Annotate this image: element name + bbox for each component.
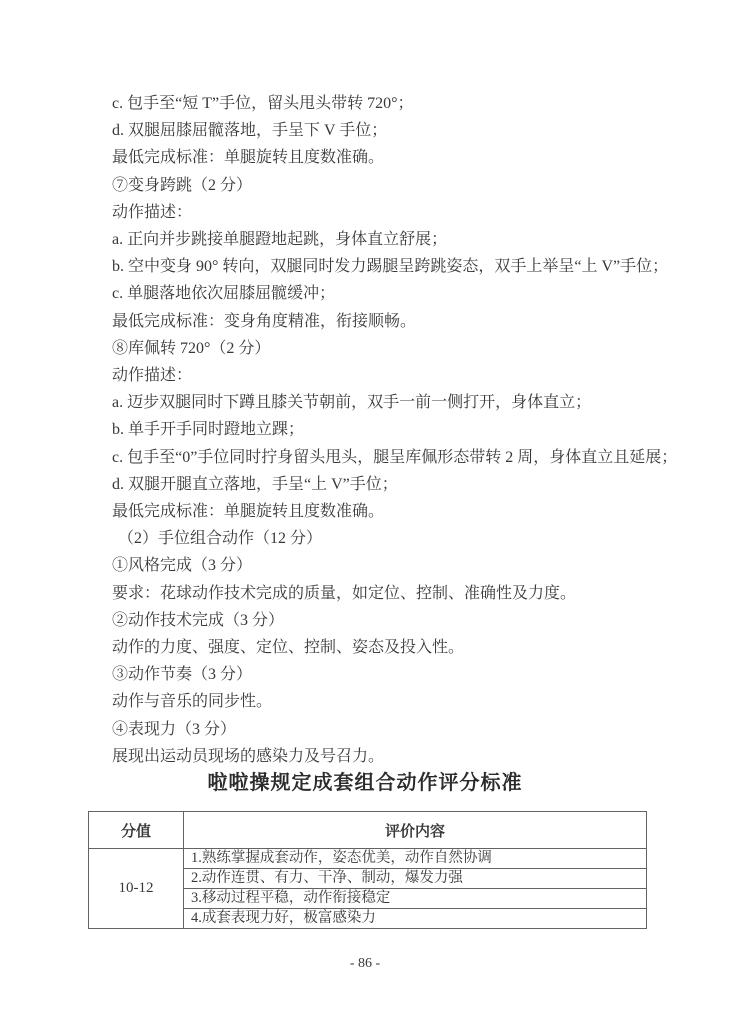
paragraph-line: 动作的力度、强度、定位、控制、姿态及投入性。 [112, 634, 670, 661]
paragraph-line: 动作与音乐的同步性。 [112, 688, 670, 715]
paragraph-line: （2）手位组合动作（12 分） [112, 525, 670, 552]
paragraph-line: b. 空中变身 90° 转向，双腿同时发力踢腿呈跨跳姿态，双手上举呈“上 V”手… [112, 253, 670, 280]
paragraph-line: d. 双腿屈膝屈髋落地，手呈下 V 手位； [112, 117, 670, 144]
document-page: c. 包手至“短 T”手位，留头甩头带转 720°；d. 双腿屈膝屈髋落地，手呈… [0, 0, 730, 1034]
paragraph-line: a. 迈步双腿同时下蹲且膝关节朝前，双手一前一侧打开，身体直立； [112, 389, 670, 416]
score-range-cell: 10-12 [89, 849, 184, 929]
paragraph-line: d. 双腿开腿直立落地，手呈“上 V”手位； [112, 471, 670, 498]
paragraph-line: c. 单腿落地依次屈膝屈髋缓冲； [112, 280, 670, 307]
paragraph-line: c. 包手至“0”手位同时拧身留头甩头，腿呈库佩形态带转 2 周，身体直立且延展… [112, 444, 670, 471]
paragraph-line: 最低完成标准：单腿旋转且度数准确。 [112, 144, 670, 171]
table-header-row: 分值 评价内容 [89, 812, 647, 849]
body-text: c. 包手至“短 T”手位，留头甩头带转 720°；d. 双腿屈膝屈髋落地，手呈… [112, 90, 670, 770]
paragraph-line: a. 正向并步跳接单腿蹬地起跳，身体直立舒展； [112, 226, 670, 253]
score-column-header: 分值 [89, 812, 184, 849]
paragraph-line: ④表现力（3 分） [112, 716, 670, 743]
paragraph-line: b. 单手开手同时蹬地立踝； [112, 416, 670, 443]
criteria-cell: 2.动作连贯、有力、干净、制动，爆发力强 [184, 869, 647, 889]
paragraph-line: c. 包手至“短 T”手位，留头甩头带转 720°； [112, 90, 670, 117]
criteria-cell: 4.成套表现力好，极富感染力 [184, 909, 647, 929]
paragraph-line: ②动作技术完成（3 分） [112, 607, 670, 634]
table-row: 10-121.熟练掌握成套动作，姿态优美，动作自然协调 [89, 849, 647, 869]
paragraph-line: ⑧库佩转 720°（2 分） [112, 335, 670, 362]
paragraph-line: 最低完成标准：单腿旋转且度数准确。 [112, 498, 670, 525]
page-number: - 86 - [0, 956, 730, 972]
paragraph-line: ⑦变身跨跳（2 分） [112, 172, 670, 199]
paragraph-line: ③动作节奏（3 分） [112, 661, 670, 688]
section-title: 啦啦操规定成套组合动作评分标准 [0, 768, 730, 799]
criteria-cell: 1.熟练掌握成套动作，姿态优美，动作自然协调 [184, 849, 647, 869]
paragraph-line: 要求：花球动作技术完成的质量，如定位、控制、准确性及力度。 [112, 580, 670, 607]
paragraph-line: 动作描述： [112, 199, 670, 226]
criteria-column-header: 评价内容 [184, 812, 647, 849]
paragraph-line: 动作描述： [112, 362, 670, 389]
paragraph-line: ①风格完成（3 分） [112, 552, 670, 579]
paragraph-line: 展现出运动员现场的感染力及号召力。 [112, 743, 670, 770]
scoring-table: 分值 评价内容 10-121.熟练掌握成套动作，姿态优美，动作自然协调2.动作连… [88, 811, 647, 929]
criteria-cell: 3.移动过程平稳，动作衔接稳定 [184, 889, 647, 909]
paragraph-line: 最低完成标准：变身角度精准，衔接顺畅。 [112, 308, 670, 335]
